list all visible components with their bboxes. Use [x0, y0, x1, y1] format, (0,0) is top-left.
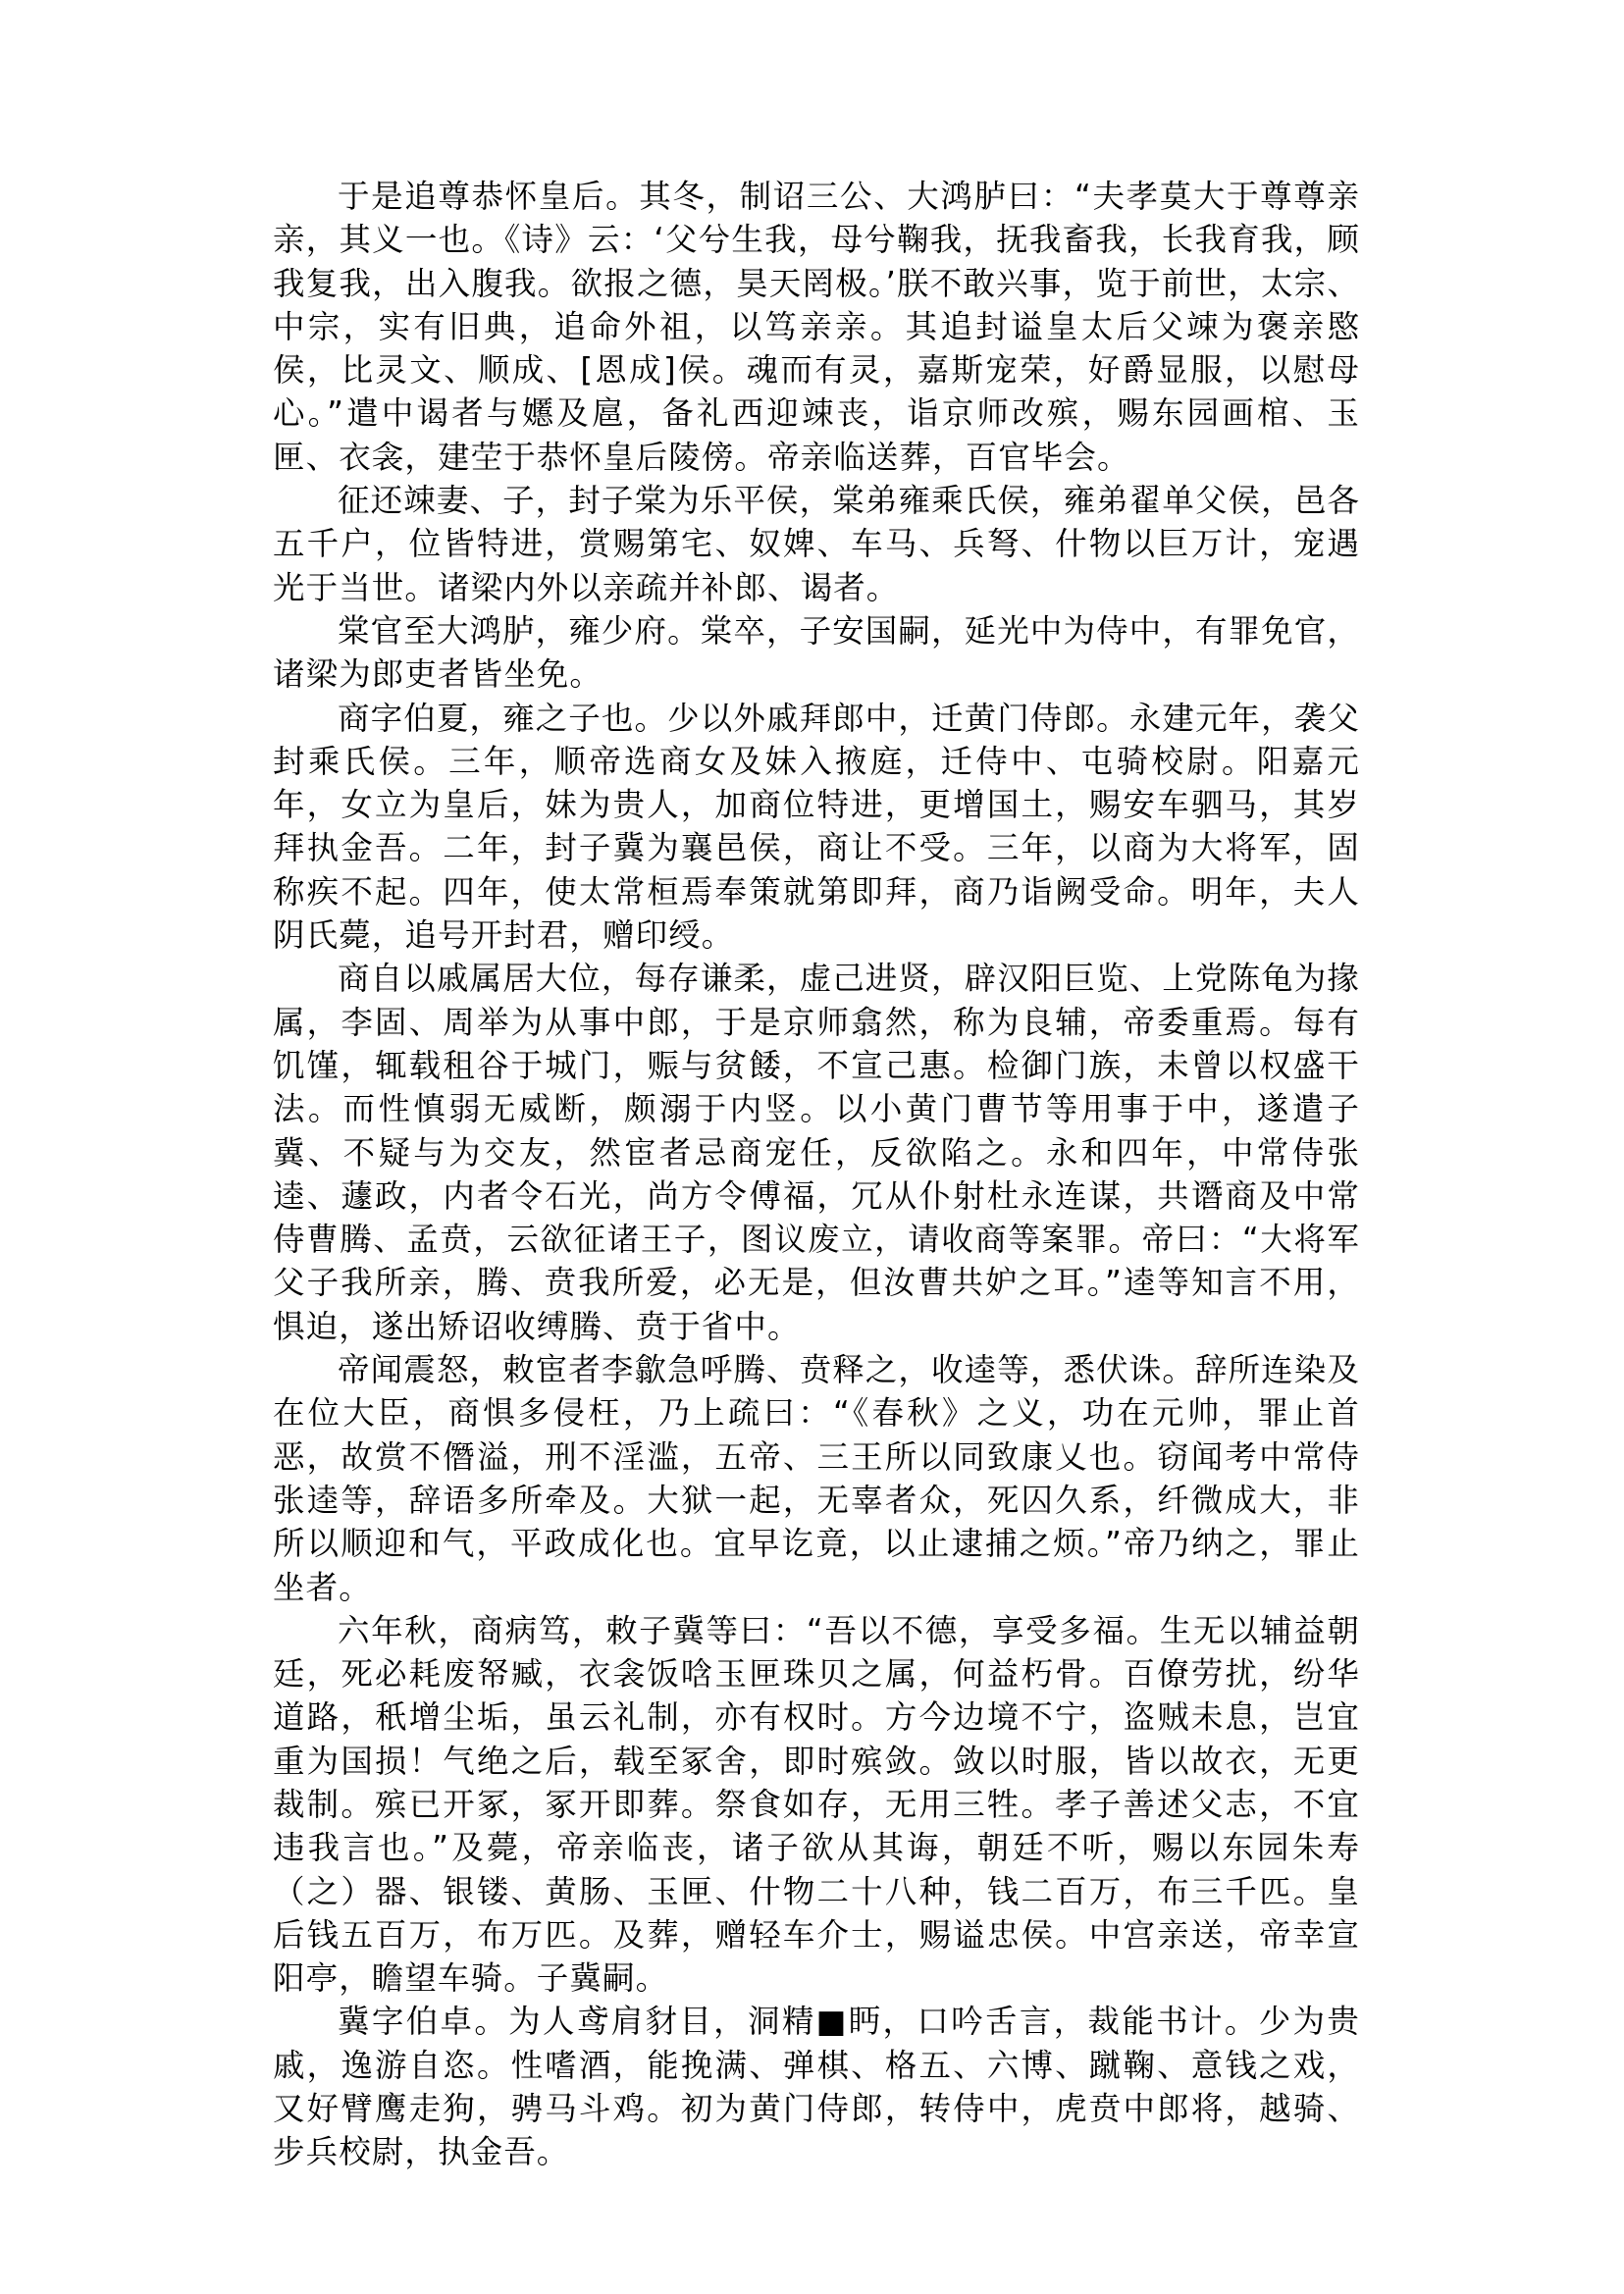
- paragraph-enfeoffment: 征还竦妻、子，封子棠为乐平侯，棠弟雍乘氏侯，雍弟翟单父侯，邑各五千户，位皆特进，…: [273, 479, 1360, 609]
- paragraph-shang-conduct: 商自以戚属居大位，每存谦柔，虚己进贤，辟汉阳巨览、上党陈龟为掾属，李固、周举为从…: [273, 957, 1360, 1348]
- document-page: 于是追尊恭怀皇后。其冬，制诏三公、大鸿胪曰：“夫孝莫大于尊尊亲亲，其义一也。《诗…: [273, 175, 1360, 2174]
- paragraph-shang-death: 六年秋，商病笃，敕子冀等曰：“吾以不德，享受多福。生无以辅益朝廷，死必耗废帑臧，…: [273, 1609, 1360, 2001]
- paragraph-posthumous-honors: 于是追尊恭怀皇后。其冬，制诏三公、大鸿胪曰：“夫孝莫大于尊尊亲亲，其义一也。《诗…: [273, 175, 1360, 479]
- paragraph-emperor-anger: 帝闻震怒，敕宦者李歙急呼腾、贲释之，收逵等，悉伏诛。辞所连染及在位大臣，商惧多侵…: [273, 1348, 1360, 1609]
- paragraph-ji-biography: 冀字伯卓。为人鸢肩豺目，洞精■眄，口吟舌言，裁能书计。少为贵戚，逸游自恣。性嗜酒…: [273, 2000, 1360, 2173]
- paragraph-shang-biography: 商字伯夏，雍之子也。少以外戚拜郎中，迁黄门侍郎。永建元年，袭父封乘氏侯。三年，顺…: [273, 697, 1360, 958]
- paragraph-tang-office: 棠官至大鸿胪，雍少府。棠卒，子安国嗣，延光中为侍中，有罪免官，诸梁为郎吏者皆坐免…: [273, 609, 1360, 697]
